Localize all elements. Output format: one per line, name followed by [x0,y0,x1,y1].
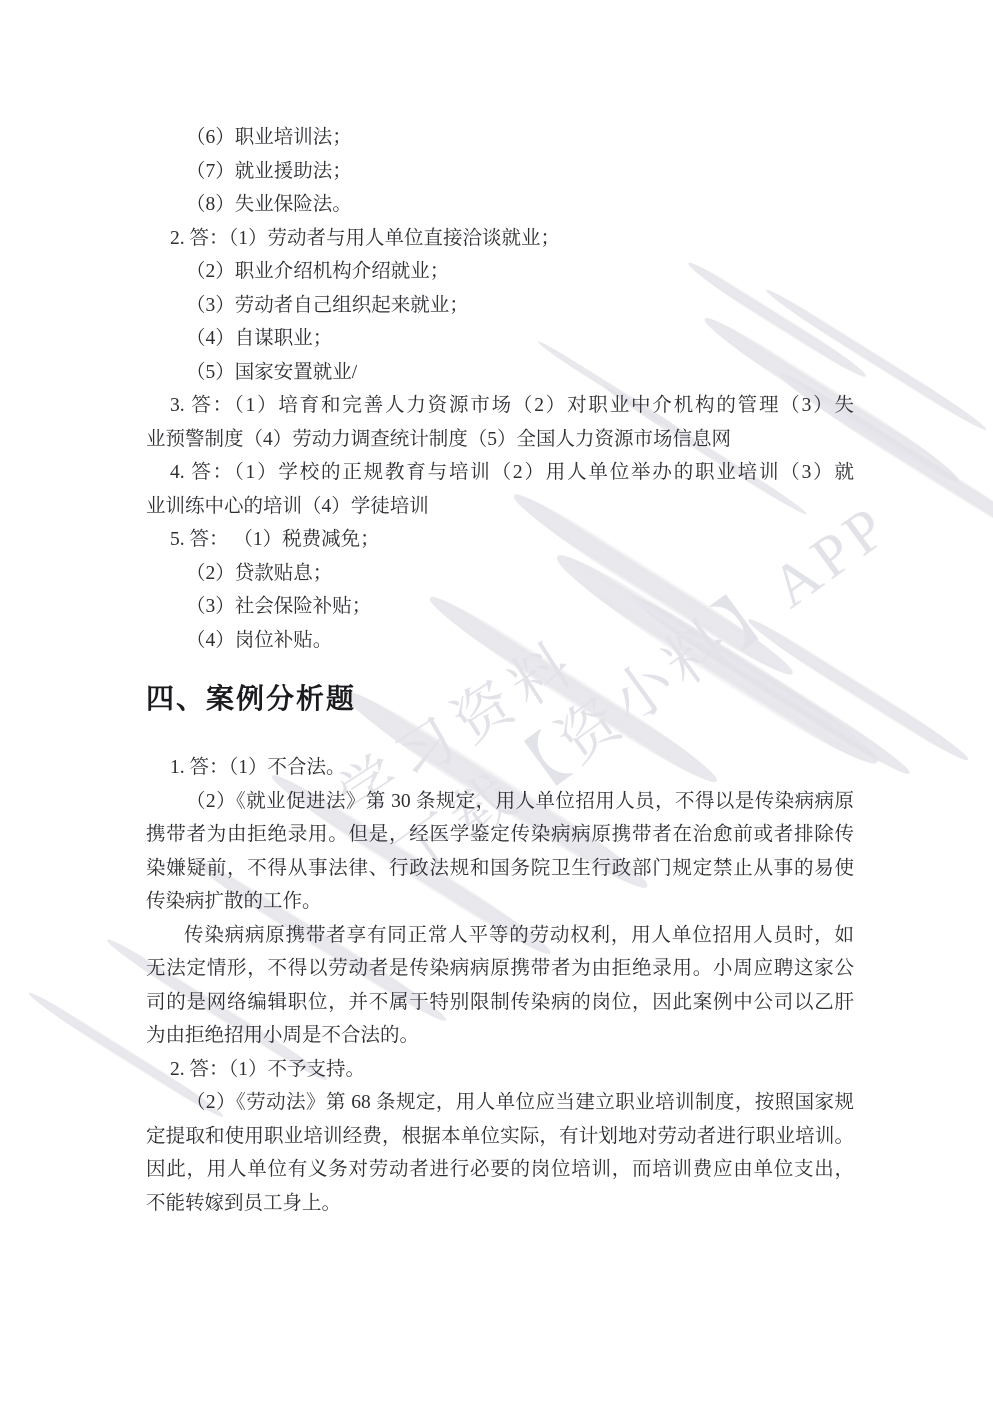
text-line: 传染病病原携带者享有同正常人平等的劳动权利，用人单位招用人员时，如 [146,919,854,953]
text-line: （3）社会保险补贴； [146,590,854,624]
text-line: 5. 答： （1）税费减免； [146,523,854,557]
text-line: （7）就业援助法； [146,155,854,189]
text-line: （4）自谋职业； [146,322,854,356]
text-line: 业预警制度（4）劳动力调查统计制度（5）全国人力资源市场信息网 [146,423,854,457]
text-line: 定提取和使用职业培训经费，根据本单位实际，有计划地对劳动者进行职业培训。 [146,1120,854,1154]
text-line: （2）《就业促进法》第 30 条规定，用人单位招用人员，不得以是传染病病原 [146,785,854,819]
text-line: 2. 答：（1）劳动者与用人单位直接洽谈就业； [146,222,854,256]
section-heading: 四、案例分析题 [146,680,356,718]
text-line: 传染病扩散的工作。 [146,885,854,919]
text-line: 为由拒绝招用小周是不合法的。 [146,1019,854,1053]
text-line: 1. 答：（1）不合法。 [146,751,854,785]
text-line: （2）职业介绍机构介绍就业； [146,255,854,289]
answers-list-block: （6）职业培训法；（7）就业援助法；（8）失业保险法。2. 答：（1）劳动者与用… [146,121,854,657]
text-line: （3）劳动者自己组织起来就业； [146,289,854,323]
text-line: 3. 答：（1）培育和完善人力资源市场（2）对职业中介机构的管理（3）失 [146,389,854,423]
text-line: （6）职业培训法； [146,121,854,155]
text-line: （2）《劳动法》第 68 条规定，用人单位应当建立职业培训制度，按照国家规 [146,1086,854,1120]
document-page: 学习资料 下载【资小料】APP （6）职业培训法；（7）就业援助法；（8）失业保… [0,0,993,1404]
text-line: 业训练中心的培训（4）学徒培训 [146,490,854,524]
text-line: 不能转嫁到员工身上。 [146,1187,854,1221]
text-line: 染嫌疑前，不得从事法律、行政法规和国务院卫生行政部门规定禁止从事的易使 [146,852,854,886]
text-line: 4. 答：（1）学校的正规教育与培训（2）用人单位举办的职业培训（3）就 [146,456,854,490]
text-line: （4）岗位补贴。 [146,624,854,658]
text-line: 携带者为由拒绝录用。但是，经医学鉴定传染病病原携带者在治愈前或者排除传 [146,818,854,852]
text-line: （2）贷款贴息； [146,557,854,591]
text-line: 2. 答：（1）不予支持。 [146,1053,854,1087]
text-line: （5）国家安置就业/ [146,356,854,390]
text-line: 司的是网络编辑职位，并不属于特别限制传染病的岗位，因此案例中公司以乙肝 [146,986,854,1020]
text-line: 因此，用人单位有义务对劳动者进行必要的岗位培训，而培训费应由单位支出， [146,1153,854,1187]
case-analysis-block: 1. 答：（1）不合法。（2）《就业促进法》第 30 条规定，用人单位招用人员，… [146,751,854,1220]
document-content: （6）职业培训法；（7）就业援助法；（8）失业保险法。2. 答：（1）劳动者与用… [0,0,993,1404]
text-line: （8）失业保险法。 [146,188,854,222]
text-line: 无法定情形，不得以劳动者是传染病病原携带者为由拒绝录用。小周应聘这家公 [146,952,854,986]
